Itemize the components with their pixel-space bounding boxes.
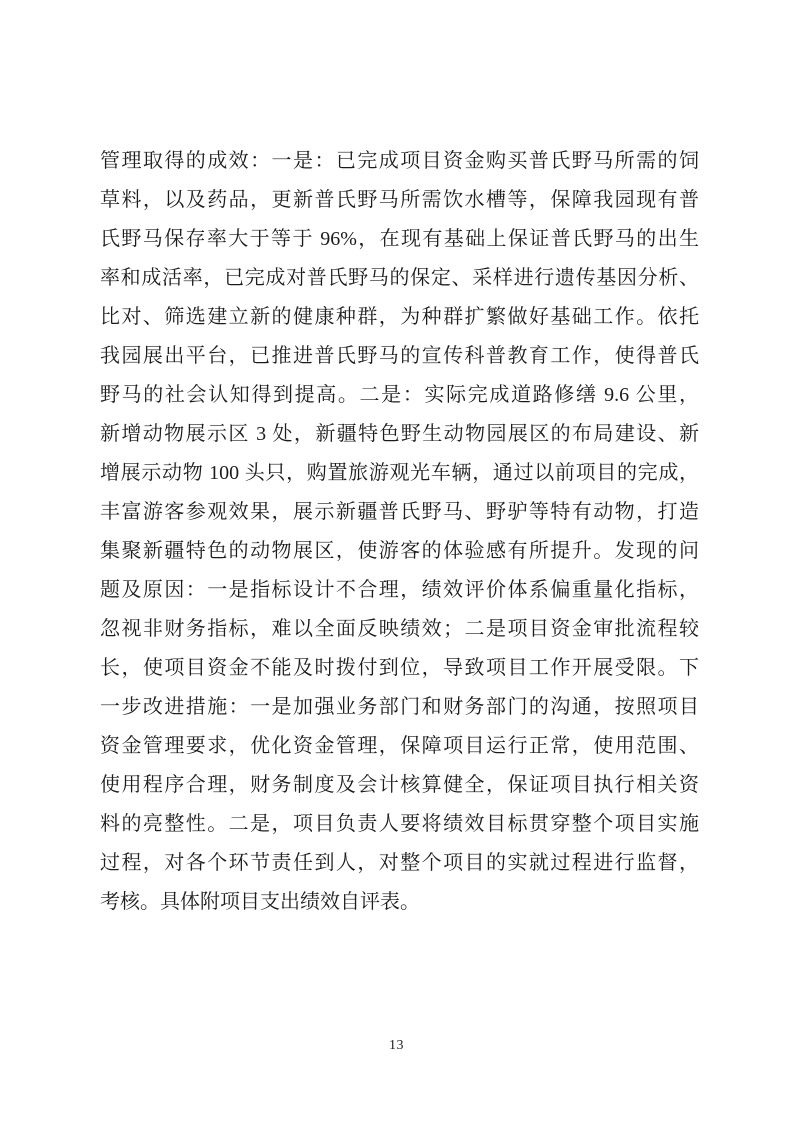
text-line: 过程，对各个环节责任到人，对整个项目的实就过程进行监督， (100, 844, 699, 883)
text-line: 一步改进措施：一是加强业务部门和财务部门的沟通，按照项目 (100, 688, 699, 727)
text-line: 增展示动物 100 头只，购置旅游观光车辆，通过以前项目的完成， (100, 454, 699, 493)
text-line: 丰富游客参观效果，展示新疆普氏野马、野驴等特有动物，打造 (100, 493, 699, 532)
text-line: 我园展出平台，已推进普氏野马的宣传科普教育工作，使得普氏 (100, 337, 699, 376)
text-line: 比对、筛选建立新的健康种群，为种群扩繁做好基础工作。依托 (100, 298, 699, 337)
text-line: 率和成活率，已完成对普氏野马的保定、采样进行遗传基因分析、 (100, 259, 699, 298)
text-line: 集聚新疆特色的动物展区，使游客的体验感有所提升。发现的问 (100, 532, 699, 571)
text-line: 长，使项目资金不能及时拨付到位，导致项目工作开展受限。下 (100, 649, 699, 688)
text-line: 考核。具体附项目支出绩效自评表。 (100, 883, 699, 922)
document-page: 管理取得的成效：一是：已完成项目资金购买普氏野马所需的饲草料，以及药品，更新普氏… (0, 0, 793, 1122)
text-line: 料的亮整性。二是，项目负责人要将绩效目标贯穿整个项目实施 (100, 805, 699, 844)
text-line: 使用程序合理，财务制度及会计核算健全，保证项目执行相关资 (100, 766, 699, 805)
text-line: 题及原因：一是指标设计不合理，绩效评价体系偏重量化指标， (100, 571, 699, 610)
text-line: 忽视非财务指标，难以全面反映绩效；二是项目资金审批流程较 (100, 610, 699, 649)
page-number: 13 (0, 1038, 793, 1054)
text-line: 氏野马保存率大于等于 96%，在现有基础上保证普氏野马的出生 (100, 220, 699, 259)
text-line: 资金管理要求，优化资金管理，保障项目运行正常，使用范围、 (100, 727, 699, 766)
text-line: 新增动物展示区 3 处，新疆特色野生动物园展区的布局建设、新 (100, 415, 699, 454)
text-line: 草料，以及药品，更新普氏野马所需饮水槽等，保障我园现有普 (100, 181, 699, 220)
text-line: 管理取得的成效：一是：已完成项目资金购买普氏野马所需的饲 (100, 142, 699, 181)
body-text: 管理取得的成效：一是：已完成项目资金购买普氏野马所需的饲草料，以及药品，更新普氏… (100, 142, 699, 922)
text-line: 野马的社会认知得到提高。二是：实际完成道路修缮 9.6 公里， (100, 376, 699, 415)
